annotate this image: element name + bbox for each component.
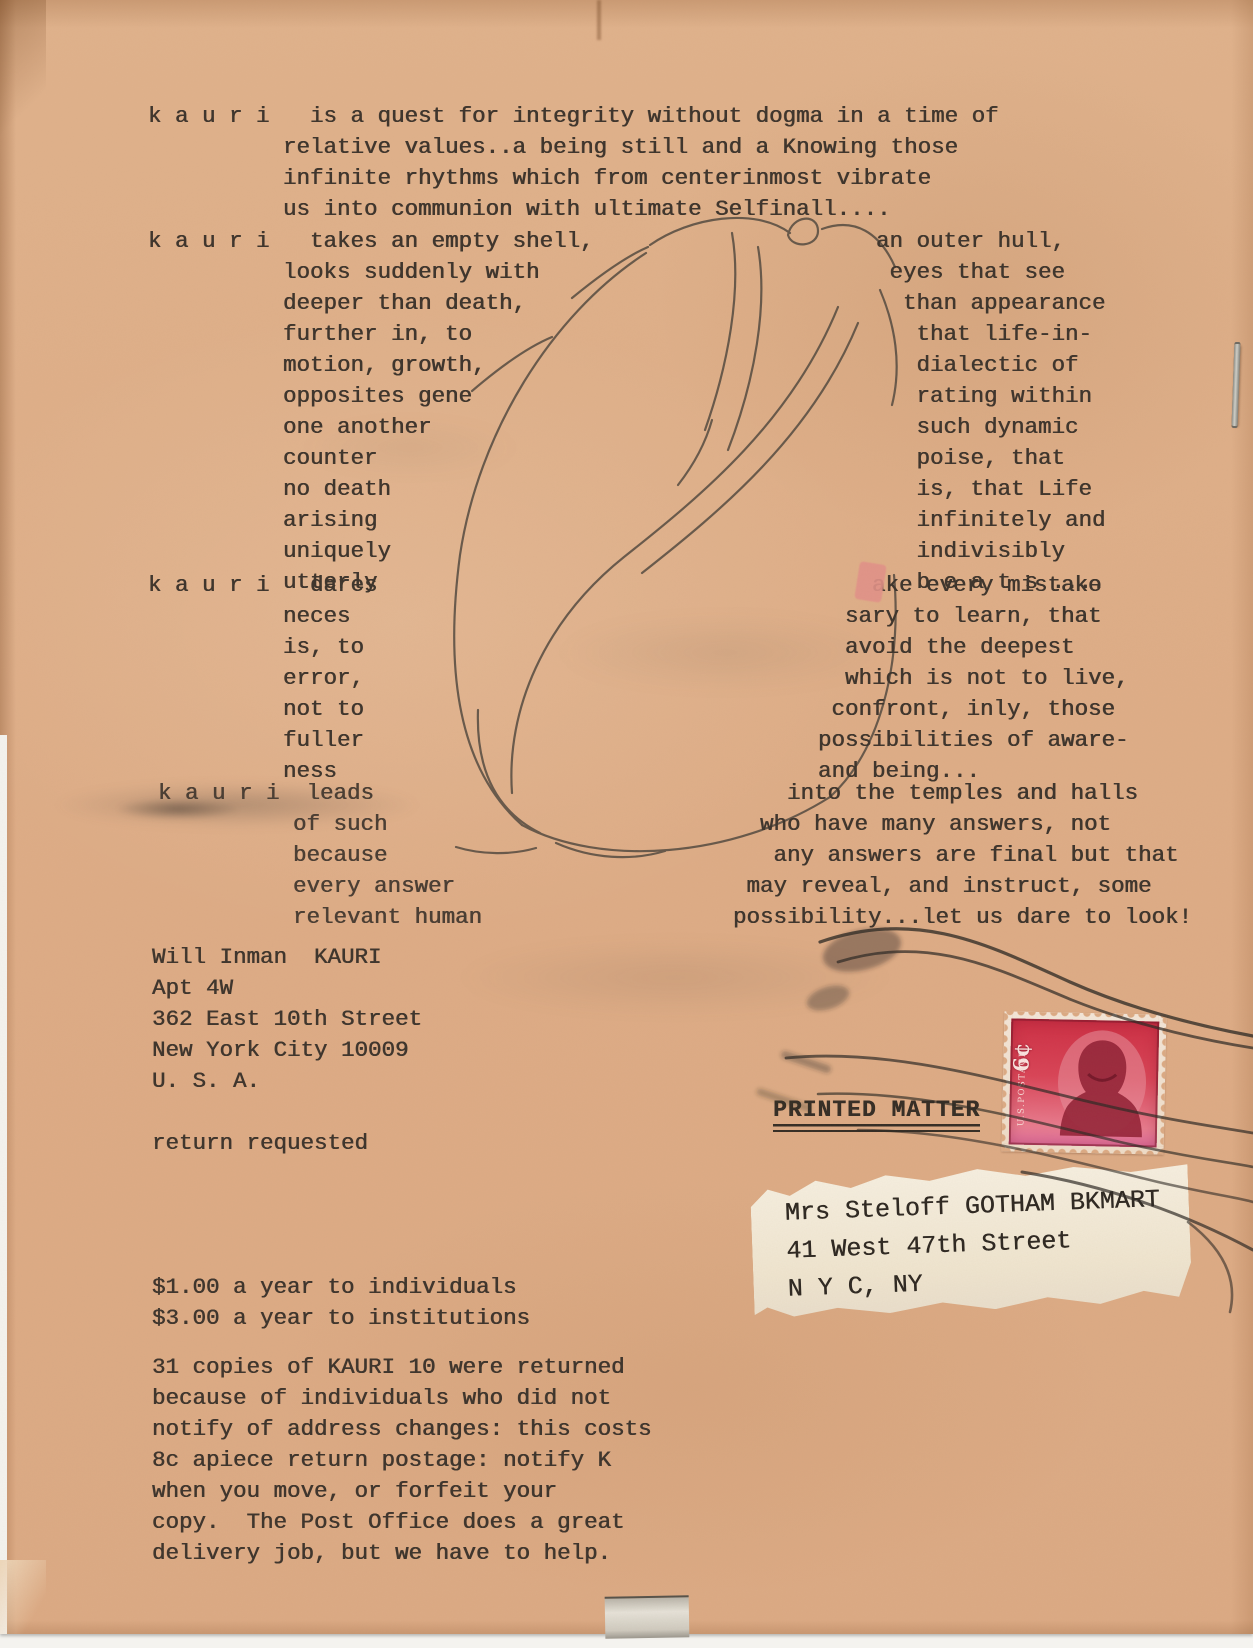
stamp-design: 6¢ U.S.POSTAGE bbox=[1009, 1018, 1160, 1147]
stanza-1-quest: k a u r i is a quest for integrity witho… bbox=[148, 101, 999, 225]
stamp-inscription: U.S.POSTAGE bbox=[1016, 1049, 1028, 1126]
corner-shadow bbox=[0, 0, 46, 150]
stanza-3-right: ake every mistake sary to learn, that av… bbox=[818, 570, 1129, 787]
subscription-rates: $1.00 a year to individuals $3.00 a year… bbox=[152, 1272, 530, 1334]
stanza-4-right: into the temples and halls who have many… bbox=[733, 778, 1192, 933]
stamp-portrait bbox=[1053, 1025, 1151, 1139]
bottom-tape-fragment bbox=[605, 1595, 690, 1638]
paper-crease bbox=[597, 0, 601, 40]
worn-corner bbox=[0, 1560, 46, 1634]
returned-copies-notice: 31 copies of KAURI 10 were returned beca… bbox=[152, 1352, 652, 1569]
scanned-envelope-page: k a u r i is a quest for integrity witho… bbox=[0, 0, 1253, 1648]
mailing-address-label: Mrs Steloff GOTHAM BKMART 41 West 47th S… bbox=[750, 1160, 1193, 1318]
torn-edge bbox=[0, 735, 7, 1634]
recipient-address: Mrs Steloff GOTHAM BKMART 41 West 47th S… bbox=[784, 1181, 1163, 1309]
stanza-2-right: an outer hull, eyes that see than appear… bbox=[876, 226, 1106, 598]
stanza-2-left: k a u r i takes an empty shell, looks su… bbox=[148, 226, 594, 598]
return-address: Will Inman KAURI Apt 4W 362 East 10th St… bbox=[152, 942, 422, 1159]
printed-matter-endorsement: PRINTED MATTER bbox=[773, 1097, 980, 1132]
stanza-4-left: k a u r i leads of such because every an… bbox=[158, 778, 482, 933]
postage-stamp: 6¢ U.S.POSTAGE bbox=[1002, 1011, 1167, 1154]
stanza-3-left: k a u r i dares neces is, to error, not … bbox=[148, 570, 378, 787]
